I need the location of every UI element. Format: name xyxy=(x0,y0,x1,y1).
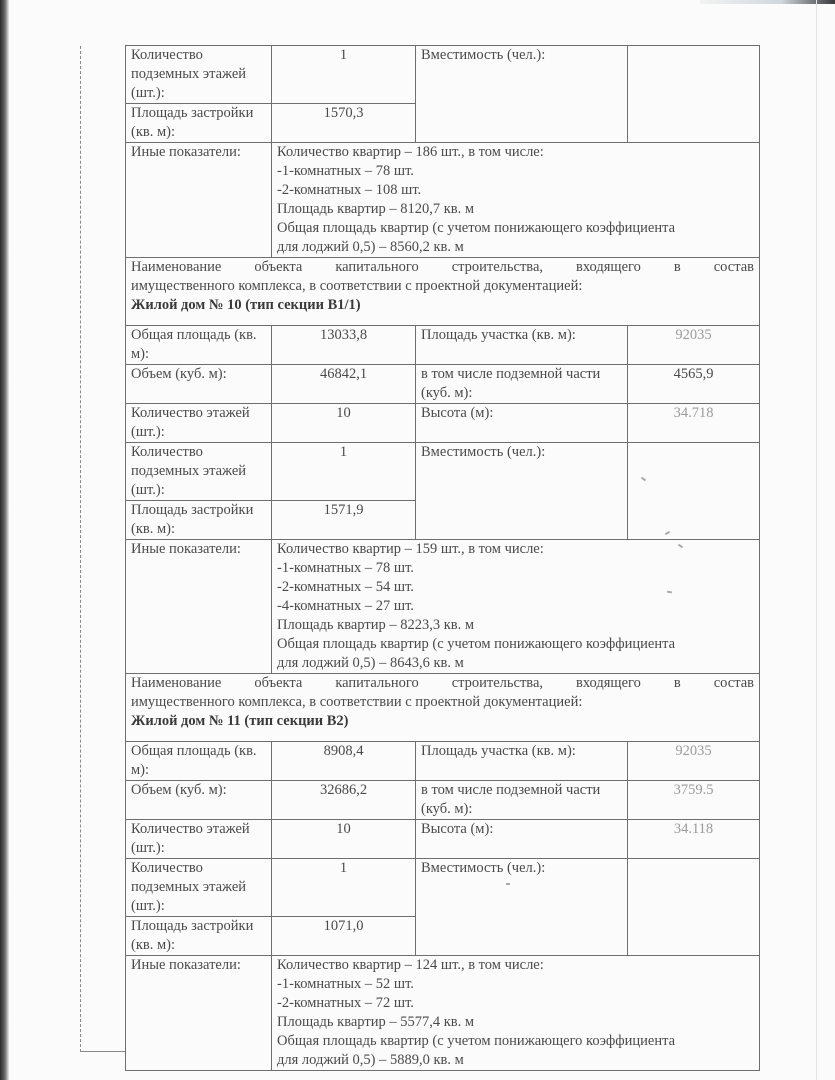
label-underground-volume: в том числе подземной части (куб. м): xyxy=(416,365,628,404)
table-row: Количество этажей (шт.): 10 Высота (м): … xyxy=(126,404,760,443)
indicator-line: Количество квартир – 159 шт., в том числ… xyxy=(277,540,754,559)
value-underground-floors: 1 xyxy=(272,859,416,917)
value-building-area: 1571,9 xyxy=(272,501,416,540)
label-building-area: Площадь застройки (кв. м): xyxy=(126,501,272,540)
table-row: Иные показатели: Количество квартир – 18… xyxy=(126,143,760,258)
value-volume: 32686,2 xyxy=(272,781,416,820)
value-volume: 46842,1 xyxy=(272,365,416,404)
indicator-line: Площадь квартир – 8223,3 кв. м xyxy=(277,616,754,635)
label-capacity: Вместимость (чел.): xyxy=(416,859,628,956)
indicator-line: Количество квартир – 186 шт., в том числ… xyxy=(277,143,754,162)
value-capacity xyxy=(628,46,760,143)
table-row: Количество подземных этажей (шт.): 1 Вме… xyxy=(126,443,760,501)
object-heading: Наименование объекта капитального строит… xyxy=(126,258,760,326)
indicator-line: Площадь квартир – 5577,4 кв. м xyxy=(277,1013,754,1032)
label-volume: Объем (куб. м): xyxy=(126,781,272,820)
table-row: Иные показатели: Количество квартир – 12… xyxy=(126,956,760,1071)
label-other-indicators: Иные показатели: xyxy=(126,143,272,258)
label-building-area: Площадь застройки (кв. м): xyxy=(126,917,272,956)
heading-text-line1: Наименование объекта капитального строит… xyxy=(131,258,754,277)
indicator-line: Количество квартир – 124 шт., в том числ… xyxy=(277,956,754,975)
table-row: Иные показатели: Количество квартир – 15… xyxy=(126,540,760,674)
indicator-line: Общая площадь квартир (с учетом понижающ… xyxy=(277,219,754,238)
heading-text-line1: Наименование объекта капитального строит… xyxy=(131,674,754,693)
table-row: Наименование объекта капитального строит… xyxy=(126,258,760,326)
outer-frame-bottom-line xyxy=(80,1051,126,1052)
label-underground-volume: в том числе подземной части (куб. м): xyxy=(416,781,628,820)
heading-text-line2: имущественного комплекса, в соответствии… xyxy=(131,694,582,710)
value-capacity xyxy=(628,859,760,956)
indicator-line: -2-комнатных – 72 шт. xyxy=(277,994,754,1013)
table-row: Объем (куб. м): 32686,2 в том числе подз… xyxy=(126,781,760,820)
indicator-line: -1-комнатных – 78 шт. xyxy=(277,162,754,181)
table-row: Количество подземных этажей (шт.): 1 Вме… xyxy=(126,46,760,104)
indicator-line: Общая площадь квартир (с учетом понижающ… xyxy=(277,1032,754,1051)
label-floors: Количество этажей (шт.): xyxy=(126,820,272,859)
label-total-area: Общая площадь (кв. м): xyxy=(126,742,272,781)
table-row: Объем (куб. м): 46842,1 в том числе подз… xyxy=(126,365,760,404)
label-other-indicators: Иные показатели: xyxy=(126,540,272,674)
other-indicators: Количество квартир – 159 шт., в том числ… xyxy=(272,540,760,674)
value-height: 34.118 xyxy=(628,820,760,859)
label-height: Высота (м): xyxy=(416,404,628,443)
label-plot-area: Площадь участка (кв. м): xyxy=(416,326,628,365)
label-volume: Объем (куб. м): xyxy=(126,365,272,404)
label-capacity: Вместимость (чел.): xyxy=(416,443,628,540)
indicator-line: для лоджий 0,5) – 8560,2 кв. м xyxy=(277,238,754,257)
value-floors: 10 xyxy=(272,820,416,859)
value-plot-area: 92035 xyxy=(628,742,760,781)
label-total-area: Общая площадь (кв. м): xyxy=(126,326,272,365)
indicator-line: для лоджий 0,5) – 8643,6 кв. м xyxy=(277,654,754,673)
label-floors: Количество этажей (шт.): xyxy=(126,404,272,443)
table-row: Общая площадь (кв. м): 8908,4 Площадь уч… xyxy=(126,742,760,781)
indicator-line: Общая площадь квартир (с учетом понижающ… xyxy=(277,635,754,654)
value-plot-area: 92035 xyxy=(628,326,760,365)
value-building-area: 1570,3 xyxy=(272,104,416,143)
label-height: Высота (м): xyxy=(416,820,628,859)
table-row: Количество подземных этажей (шт.): 1 Вме… xyxy=(126,859,760,917)
scanner-top-shadow xyxy=(700,0,835,4)
value-underground-floors: 1 xyxy=(272,46,416,104)
building-title: Жилой дом № 11 (тип секции В2) xyxy=(131,712,754,731)
value-height: 34.718 xyxy=(628,404,760,443)
object-heading: Наименование объекта капитального строит… xyxy=(126,674,760,742)
label-underground-floors: Количество подземных этажей (шт.): xyxy=(126,443,272,501)
label-building-area: Площадь застройки (кв. м): xyxy=(126,104,272,143)
indicator-line: -2-комнатных – 108 шт. xyxy=(277,181,754,200)
indicator-line: для лоджий 0,5) – 5889,0 кв. м xyxy=(277,1051,754,1070)
label-other-indicators: Иные показатели: xyxy=(126,956,272,1071)
indicator-line: -1-комнатных – 52 шт. xyxy=(277,975,754,994)
value-building-area: 1071,0 xyxy=(272,917,416,956)
building-specs-table: Количество подземных этажей (шт.): 1 Вме… xyxy=(125,45,760,1071)
value-total-area: 8908,4 xyxy=(272,742,416,781)
label-underground-floors: Количество подземных этажей (шт.): xyxy=(126,859,272,917)
value-total-area: 13033,8 xyxy=(272,326,416,365)
value-floors: 10 xyxy=(272,404,416,443)
value-underground-floors: 1 xyxy=(272,443,416,501)
label-plot-area: Площадь участка (кв. м): xyxy=(416,742,628,781)
other-indicators: Количество квартир – 186 шт., в том числ… xyxy=(272,143,760,258)
indicator-line: -1-комнатных – 78 шт. xyxy=(277,559,754,578)
heading-text-line2: имущественного комплекса, в соответствии… xyxy=(131,278,582,294)
page-edge xyxy=(816,0,817,1080)
label-underground-floors: Количество подземных этажей (шт.): xyxy=(126,46,272,104)
indicator-line: -2-комнатных – 54 шт. xyxy=(277,578,754,597)
table-row: Общая площадь (кв. м): 13033,8 Площадь у… xyxy=(126,326,760,365)
other-indicators: Количество квартир – 124 шт., в том числ… xyxy=(272,956,760,1071)
label-capacity: Вместимость (чел.): xyxy=(416,46,628,143)
value-capacity xyxy=(628,443,760,540)
table-row: Наименование объекта капитального строит… xyxy=(126,674,760,742)
indicator-line: -4-комнатных – 27 шт. xyxy=(277,597,754,616)
value-underground-volume: 4565,9 xyxy=(628,365,760,404)
outer-frame-left-line xyxy=(80,46,81,1052)
scan-speck xyxy=(506,883,510,885)
building-title: Жилой дом № 10 (тип секции В1/1) xyxy=(131,296,754,315)
indicator-line: Площадь квартир – 8120,7 кв. м xyxy=(277,200,754,219)
value-underground-volume: 3759.5 xyxy=(628,781,760,820)
scanner-edge-shadow xyxy=(0,0,9,1080)
table-row: Количество этажей (шт.): 10 Высота (м): … xyxy=(126,820,760,859)
